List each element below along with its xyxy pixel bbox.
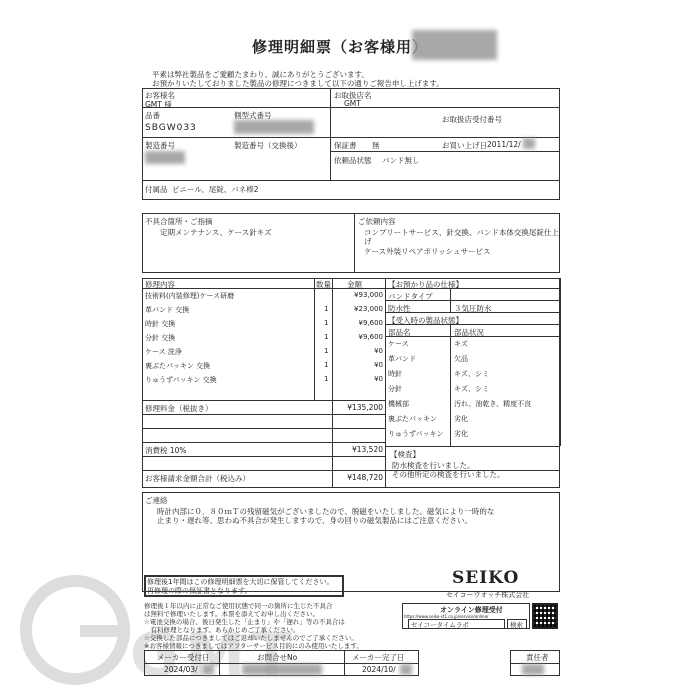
part-state: 劣化	[454, 429, 468, 439]
repair-qty: 1	[324, 305, 328, 313]
total-amount: ¥148,720	[334, 473, 383, 482]
watermark-bar	[80, 625, 130, 637]
part-name: 裏ぶたパッキン	[388, 414, 437, 424]
store-receipt-label: お取扱店受付番号	[442, 114, 502, 125]
part-state: キズ	[454, 339, 468, 349]
repair-item: 裏ぶたパッキン 交換	[145, 361, 210, 371]
notice-line: 止まり・遅れ等、思わぬ不具合が発生しますので、身の回りの磁気製品にはご注意くださ…	[157, 515, 472, 526]
tax-amount: ¥13,520	[334, 445, 383, 454]
search-button-label: 検索	[510, 620, 523, 629]
part-state: キズ、シミ	[454, 369, 489, 379]
repair-item: 革バンド 交換	[145, 305, 189, 315]
request-label: ご依頼内容	[358, 216, 396, 227]
search-input-value: セイコータイムラボ	[411, 620, 469, 629]
repair-header-qty: 数量	[316, 279, 331, 290]
product-no-label: 品番	[145, 110, 160, 121]
part-name: 分針	[388, 384, 402, 394]
repair-header-item: 修理内容	[145, 279, 175, 290]
part-name: ケース	[388, 339, 409, 349]
redacted-receipt-day	[202, 664, 214, 675]
request-line: ケース外装リペアポリッシュサービス	[364, 246, 491, 257]
maker-receipt-date: 2024/03/	[164, 665, 198, 674]
repair-amount: ¥93,000	[334, 291, 383, 299]
store-name: GMT	[344, 99, 361, 108]
serial-no-after-label: 製造番号（交換後）	[234, 140, 302, 151]
warranty-value: 無	[372, 140, 380, 151]
serial-no-label: 製造番号	[145, 140, 175, 151]
request-line: コンプリートサービス、針交換、バンド本体交換尾錠仕上	[364, 227, 559, 238]
part-name: 機械部	[388, 399, 409, 409]
warranty-label: 保証書	[334, 140, 357, 151]
tax-label: 消費税 10%	[145, 445, 187, 456]
warranty-note-line: 再修理の際の保証書となります。	[147, 586, 251, 596]
notice-label: ご連絡	[145, 495, 168, 506]
inquiry-no-label: お問合せNo	[257, 652, 297, 663]
document-title: 修理明細票（お客様用）	[252, 36, 428, 57]
maker-receipt-label: メーカー受付日	[157, 652, 209, 663]
inspection-heading: 【検査】	[390, 449, 420, 460]
part-name: りゅうずパッキン	[388, 429, 443, 439]
part-state: 欠品	[454, 354, 468, 364]
redacted-complete-day	[400, 664, 412, 675]
repair-qty: 1	[324, 333, 328, 341]
repair-amount: ¥9,600	[334, 319, 383, 327]
redacted-inquiry-no	[242, 664, 322, 675]
total-label: お客様請求金額合計（税込み）	[145, 473, 250, 484]
customer-name: GMT 様	[145, 99, 172, 110]
repair-item: りゅうずパッキン 交換	[145, 375, 217, 385]
purchase-date-label: お買い上げ日	[442, 140, 487, 151]
repair-item: 技術料(内装修理)ケース研磨	[145, 291, 234, 301]
inspection-line: その他所定の検査を行いました。	[392, 469, 505, 480]
accessories-label: 付属品	[145, 184, 168, 195]
repair-amount: ¥9,600	[334, 333, 383, 341]
repair-item: 時針 交換	[145, 319, 175, 329]
greeting: 平素は弊社製品をご愛顧たまわり、誠にありがとうございます。 お預かりいたしており…	[152, 70, 444, 89]
maker-complete-label: メーカー完了日	[352, 652, 404, 663]
terms-line: ※お客様情報につきましてはアフターサービス目的にのみ使用いたします。	[144, 641, 363, 650]
redacted-stamp	[412, 30, 497, 60]
part-state: キズ、シミ	[454, 384, 489, 394]
repair-qty: 1	[324, 347, 328, 355]
repair-header-amount: 金額	[347, 279, 362, 290]
part-name: 時針	[388, 369, 402, 379]
part-state: 劣化	[454, 414, 468, 424]
redacted-model-no	[234, 120, 314, 134]
repair-item: ケース 洗浄	[145, 347, 182, 357]
redacted-purchase-day	[523, 138, 535, 149]
repair-qty: 1	[324, 319, 328, 327]
repair-qty: 1	[324, 361, 328, 369]
responsible-label: 責任者	[526, 652, 549, 663]
defects-label: 不具合箇所・ご指摘	[145, 216, 213, 227]
qr-code-icon[interactable]	[532, 603, 558, 629]
redacted-serial-no	[145, 151, 185, 164]
repair-amount: ¥0	[334, 347, 383, 355]
condition-value: バンド無し	[382, 155, 420, 166]
repair-amount: ¥23,000	[334, 305, 383, 313]
redacted-responsible	[522, 664, 544, 675]
repair-amount: ¥0	[334, 361, 383, 369]
condition-label: 依頼品状態	[334, 155, 372, 166]
part-state: 汚れ、油乾き、精度不良	[454, 399, 531, 409]
purchase-date: 2011/12/	[487, 140, 521, 149]
repair-qty: 1	[324, 375, 328, 383]
subtotal-amount: ¥135,200	[334, 403, 383, 412]
subtotal-label: 修理料金（税抜き）	[145, 403, 213, 414]
defects-value: 定期メンテナンス、ケース針キズ	[160, 227, 272, 238]
product-no: SBGW033	[145, 123, 197, 133]
repair-item: 分針 交換	[145, 333, 175, 343]
seiko-logo: SEIKO	[452, 568, 519, 588]
part-name: 革バンド	[388, 354, 416, 364]
accessories-value: ビニール、尾錠、バネ棒2	[172, 184, 259, 195]
company-name: セイコーウオッチ株式会社	[446, 590, 529, 600]
repair-amount: ¥0	[334, 375, 383, 383]
maker-complete-date: 2024/10/	[362, 665, 396, 674]
